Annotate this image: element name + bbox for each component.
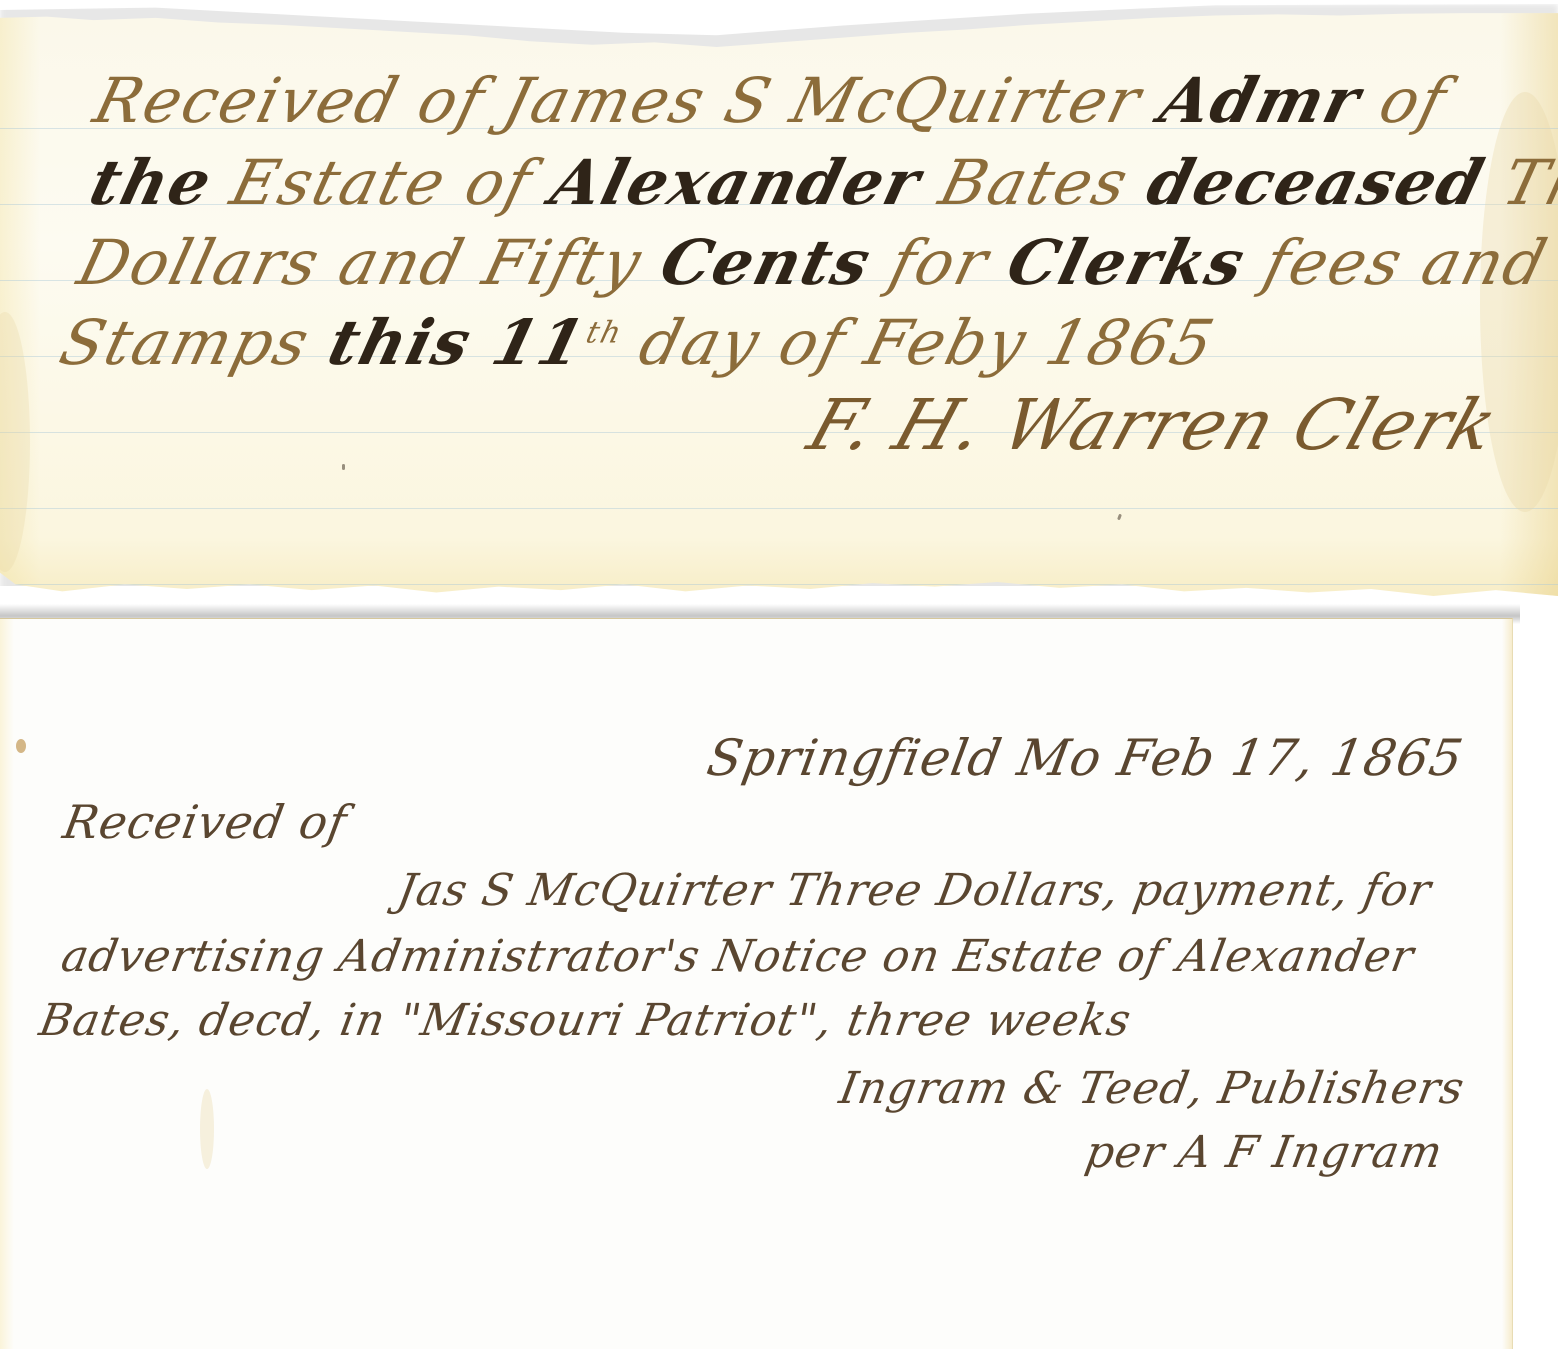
text-fragment: Alexander — [544, 146, 929, 219]
receipt-2-line-1: Received of — [59, 795, 351, 849]
receipt-1-line-4: Stamps this 11th day of Feby 1865 — [53, 306, 1223, 379]
text-fragment: Estate of — [202, 146, 562, 219]
text-fragment: deceased — [1140, 146, 1492, 219]
text-fragment: for — [861, 226, 1019, 299]
receipt-slip-clerk: Received of James S McQuirter Admr of th… — [0, 12, 1558, 596]
text-fragment: Received of James S McQuirter — [87, 64, 1171, 137]
text-fragment: Clerks — [1000, 226, 1253, 299]
ink-speck — [342, 464, 345, 470]
age-stain — [200, 1089, 214, 1169]
text-fragment: 11 — [461, 306, 593, 379]
text-fragment: Cents — [653, 226, 879, 299]
receipt-2-line-2: Jas S McQuirter Three Dollars, payment, … — [394, 865, 1436, 916]
clerk-signature: F. H. Warren Clerk — [799, 384, 1508, 466]
agent-signature: per A F Ingram — [1082, 1127, 1447, 1178]
receipt-2-line-4: Bates, decd, in "Missouri Patriot", thre… — [36, 995, 1136, 1046]
text-fragment: Dollars and Fifty — [71, 226, 672, 299]
ink-blot — [16, 739, 26, 753]
place-date: Springfield Mo Feb 17, 1865 — [703, 729, 1468, 787]
receipt-2-line-3: advertising Administrator's Notice on Es… — [58, 931, 1419, 982]
text-fragment: of — [1351, 64, 1455, 137]
receipt-1-line-2: the Estate of Alexander Bates deceased T… — [83, 146, 1558, 219]
receipt-slip-publisher: Springfield Mo Feb 17, 1865 Received of … — [0, 618, 1513, 1349]
text-fragment: Admr — [1153, 64, 1369, 137]
receipt-1-line-1: Received of James S McQuirter Admr of — [87, 64, 1455, 137]
text-fragment: this — [321, 306, 479, 379]
text-fragment: Bates — [911, 146, 1159, 219]
text-fragment: fees and — [1235, 226, 1558, 299]
text-fragment: day of Feby 1865 — [611, 306, 1223, 379]
text-fragment: the — [83, 146, 220, 219]
publisher-signature: Ingram & Teed, Publishers — [836, 1063, 1469, 1114]
text-fragment: Stamps — [53, 306, 340, 379]
receipt-1-line-3: Dollars and Fifty Cents for Clerks fees … — [71, 226, 1558, 299]
